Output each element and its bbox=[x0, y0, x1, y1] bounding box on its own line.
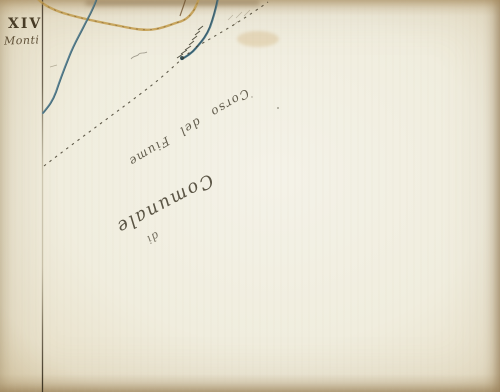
paper-stain bbox=[237, 31, 279, 47]
map-linework bbox=[0, 0, 500, 392]
map-sheet-scan: XIV Monti Corso del Fiume Comunale di bbox=[0, 0, 500, 392]
road-line bbox=[37, 0, 199, 30]
boundary-dashed-line bbox=[44, 2, 268, 166]
river-line-west bbox=[43, 0, 98, 113]
